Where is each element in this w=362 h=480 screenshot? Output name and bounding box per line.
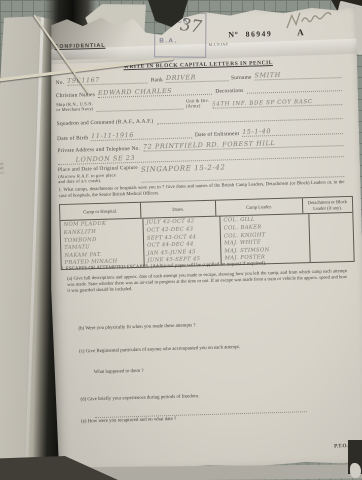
bottom-right-page-curl bbox=[350, 463, 361, 478]
detachment-column bbox=[309, 213, 354, 262]
rank-label: Rank bbox=[151, 77, 163, 83]
detachment-cell bbox=[312, 214, 349, 215]
question-2a-text: (a) Give full descriptions and approx. d… bbox=[67, 269, 347, 295]
rank-value: DRIVER bbox=[166, 73, 196, 82]
squadron-label: Squadron and Command (R.A.F., A.A.F.) bbox=[57, 118, 154, 127]
surname-label: Surname bbox=[231, 75, 252, 82]
enlistment-value: 15-1-40 bbox=[242, 127, 271, 136]
rank-field: DRIVER bbox=[166, 72, 228, 83]
form-reference: M.I.9/JAP. bbox=[209, 42, 229, 47]
dob-value: 11-11-1916 bbox=[91, 131, 134, 140]
ship-field bbox=[96, 102, 183, 111]
capture-field: SINGAPORE 15-2-42 bbox=[141, 160, 345, 183]
capture-label: Place and Date of Original Capture (Airc… bbox=[58, 165, 138, 185]
unit-label-line2: (Army) bbox=[186, 103, 201, 108]
questionnaire-sheet: BLOCK Nº B.A. 37 M.I.9/JAP. Nº 86949 A C… bbox=[42, 6, 362, 473]
no-label: No. bbox=[56, 80, 65, 86]
squadron-field bbox=[156, 112, 342, 124]
capture-value: SINGAPORE 15-2-42 bbox=[141, 163, 226, 173]
address-value-2: LONDON SE 23 bbox=[76, 154, 136, 164]
christian-names-value: EDWARD CHARLES bbox=[98, 87, 172, 97]
pencil-squiggle-mark bbox=[284, 6, 335, 33]
serial-no-label: Nº bbox=[228, 30, 239, 39]
unit-label: Unit & Div. (Army) bbox=[186, 98, 209, 109]
address-value: 72 PRINTFIELD RD. FOREST HILL bbox=[143, 139, 275, 151]
ship-label: Ship (R.N., U.S.N. or Merchant Navy) bbox=[56, 101, 93, 113]
serial-number: 86949 bbox=[246, 29, 273, 39]
row-squadron: Squadron and Command (R.A.F., A.A.F.) bbox=[57, 112, 343, 127]
confidential-stamp: CONFIDENTIAL bbox=[55, 43, 106, 50]
detachment-cell bbox=[312, 214, 349, 215]
stamp-line3: B.A. bbox=[159, 36, 205, 46]
capture-label-line3: and date of a/c crash). bbox=[58, 178, 101, 184]
unit-field: 54TH INF. BDE SP COY RASC bbox=[212, 98, 342, 109]
dob-label: Date of Birth bbox=[57, 135, 88, 142]
handwritten-block-number: 37 bbox=[179, 15, 203, 38]
left-page-text-fragment: LKS bbox=[0, 161, 5, 174]
decorations-label: Decorations bbox=[215, 88, 243, 95]
address-label: Private Address and Telephone No. bbox=[57, 146, 140, 154]
ship-label-line2: or Merchant Navy) bbox=[56, 106, 93, 112]
question-2c2-text: What happened to them ? bbox=[94, 363, 350, 377]
camp-column: NOM PLADUK KANKLITH TOMBOND TAMATU NAKAM… bbox=[60, 219, 144, 269]
enlistment-field: 15-1-40 bbox=[242, 125, 343, 137]
detachment-cell bbox=[312, 214, 349, 215]
question-2c-text: (c) Give Regimental particulars of anyon… bbox=[79, 342, 349, 356]
detachment-cell bbox=[312, 214, 349, 215]
col-detachment-header: Detachment or Block Leader (if any). bbox=[303, 197, 353, 214]
photo-of-archive-document: LKS BLOCK Nº B.A. 37 M.I.9/JAP. Nº 86949… bbox=[0, 0, 362, 480]
col-leader-header: Camp Leader. bbox=[216, 198, 303, 216]
sheet-content: BLOCK Nº B.A. 37 M.I.9/JAP. Nº 86949 A C… bbox=[42, 6, 362, 473]
unit-value: 54TH INF. BDE SP COY RASC bbox=[212, 99, 313, 108]
christian-names-field: EDWARD CHARLES bbox=[98, 86, 213, 98]
leader-column: COL. GILL COL. BAKER COL. KNIGHT MAJ. WH… bbox=[220, 215, 310, 265]
surname-value: SMITH bbox=[254, 71, 281, 80]
enlistment-label: Date of Enlistment bbox=[195, 131, 239, 138]
decorations-field bbox=[246, 84, 341, 94]
question-2b-text: (b) Were you physically fit when you mad… bbox=[78, 319, 348, 333]
col-camp-header: Camp or Hospital. bbox=[60, 203, 141, 221]
pto-note: P.T.O. bbox=[334, 443, 348, 449]
dates-column: JULY 42-OCT 42 OCT 42-DEC 43 SEPT 43-OCT… bbox=[143, 217, 221, 267]
detachment-cell bbox=[312, 214, 349, 215]
dob-field: 11-11-1916 bbox=[91, 129, 192, 141]
surname-field: SMITH bbox=[254, 69, 341, 80]
question-2d-text: (d) Give briefly your experiences during… bbox=[80, 390, 350, 404]
detachment-cell bbox=[312, 214, 349, 215]
col-dates-header: Dates. bbox=[141, 201, 216, 219]
